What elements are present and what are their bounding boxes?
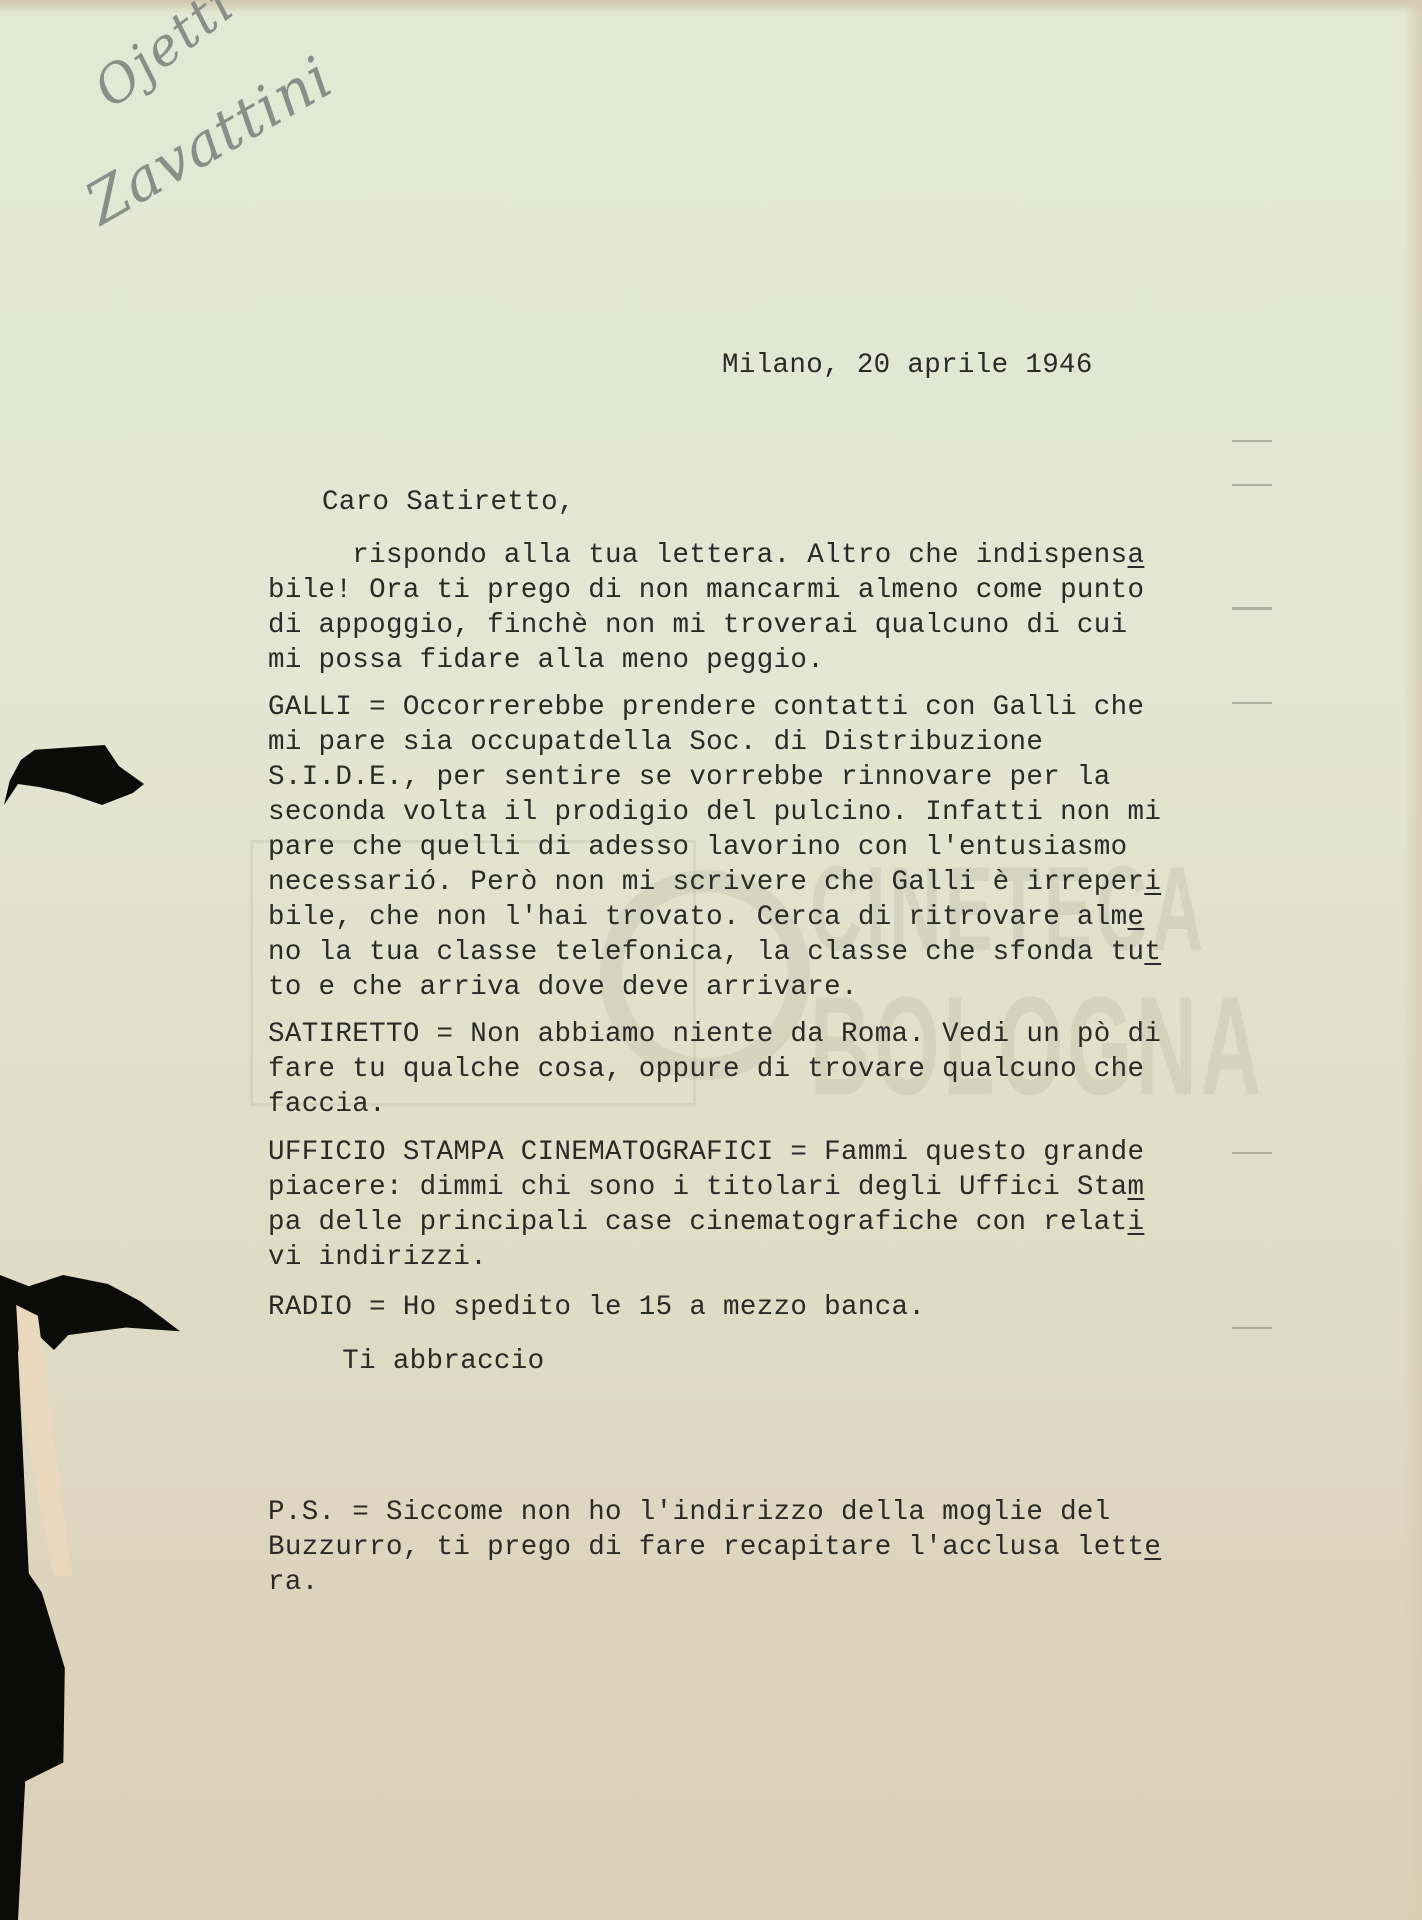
hyphenation-underline: m — [1128, 1172, 1145, 1203]
typed-line: Ti abbraccio — [258, 1344, 545, 1379]
closing-line: Ti abbraccio — [258, 1344, 545, 1379]
hyphenation-underline: e — [1144, 1532, 1161, 1563]
text-segment: SATIRETTO = Non abbiamo niente da Roma. … — [268, 1019, 1161, 1050]
text-segment: fare tu qualche cosa, oppure di trovare … — [268, 1054, 1144, 1085]
text-segment: mi possa fidare alla meno peggio. — [268, 645, 824, 676]
text-segment: piacere: dimmi chi sono i titolari degli… — [268, 1172, 1128, 1203]
typed-line: Buzzurro, ti prego di fare recapitare l'… — [268, 1530, 1161, 1565]
typed-line: piacere: dimmi chi sono i titolari degli… — [268, 1170, 1144, 1205]
typed-line: mi possa fidare alla meno peggio. — [268, 643, 1144, 678]
typed-line: RADIO = Ho spedito le 15 a mezzo banca. — [268, 1290, 925, 1325]
margin-mark — [1232, 484, 1272, 486]
hyphenation-underline: e — [1128, 902, 1145, 933]
typed-line: vi indirizzi. — [268, 1240, 1144, 1275]
paragraph-radio: RADIO = Ho spedito le 15 a mezzo banca. — [268, 1290, 925, 1325]
hyphenation-underline: a — [1128, 540, 1145, 571]
postscript: P.S. = Siccome non ho l'indirizzo della … — [268, 1495, 1161, 1600]
typed-line: seconda volta il prodigio del pulcino. I… — [268, 795, 1161, 830]
text-segment: Ti abbraccio — [258, 1346, 545, 1377]
typed-line: to e che arriva dove deve arrivare. — [268, 970, 1161, 1005]
typed-line: mi pare sia occupatdella Soc. di Distrib… — [268, 725, 1161, 760]
margin-mark — [1232, 1152, 1272, 1154]
typed-line: ra. — [268, 1565, 1161, 1600]
paragraph-intro: rispondo alla tua lettera. Altro che ind… — [268, 538, 1144, 678]
typed-line: bile, che non l'hai trovato. Cerca di ri… — [268, 900, 1161, 935]
typed-line: pare che quelli di adesso lavorino con l… — [268, 830, 1161, 865]
typed-line: bile! Ora ti prego di non mancarmi almen… — [268, 573, 1144, 608]
typed-line: UFFICIO STAMPA CINEMATOGRAFICI = Fammi q… — [268, 1135, 1144, 1170]
typed-line: rispondo alla tua lettera. Altro che ind… — [268, 538, 1144, 573]
margin-mark — [1232, 440, 1272, 442]
text-segment: S.I.D.E., per sentire se vorrebbe rinnov… — [268, 762, 1111, 793]
letter-page: Ojetti Zavattini CINETECA BOLOGNA Milano… — [0, 0, 1422, 1920]
text-segment: GALLI = Occorrerebbe prendere contatti c… — [268, 692, 1144, 723]
typed-line: di appoggio, finchè non mi troverai qual… — [268, 608, 1144, 643]
text-segment: ra. — [268, 1567, 319, 1598]
hyphenation-underline: t — [1144, 937, 1161, 968]
typed-line: GALLI = Occorrerebbe prendere contatti c… — [268, 690, 1161, 725]
paragraph-galli: GALLI = Occorrerebbe prendere contatti c… — [268, 690, 1161, 1005]
text-segment: P.S. = Siccome non ho l'indirizzo della … — [268, 1497, 1111, 1528]
text-segment: pare che quelli di adesso lavorino con l… — [268, 832, 1128, 863]
date-line: Milano, 20 aprile 1946 — [722, 350, 1093, 381]
typed-line: P.S. = Siccome non ho l'indirizzo della … — [268, 1495, 1161, 1530]
paragraph-satiretto: SATIRETTO = Non abbiamo niente da Roma. … — [268, 1017, 1161, 1122]
text-segment: RADIO = Ho spedito le 15 a mezzo banca. — [268, 1292, 925, 1323]
text-segment: vi indirizzi. — [268, 1242, 487, 1273]
text-segment: bile! Ora ti prego di non mancarmi almen… — [268, 575, 1144, 606]
ink-blot — [4, 745, 144, 805]
text-segment: di appoggio, finchè non mi troverai qual… — [268, 610, 1128, 641]
text-segment: UFFICIO STAMPA CINEMATOGRAFICI = Fammi q… — [268, 1137, 1144, 1168]
typed-line: fare tu qualche cosa, oppure di trovare … — [268, 1052, 1161, 1087]
margin-mark — [1232, 607, 1272, 610]
text-segment: pa delle principali case cinematografich… — [268, 1207, 1128, 1238]
typed-line: SATIRETTO = Non abbiamo niente da Roma. … — [268, 1017, 1161, 1052]
typed-line: faccia. — [268, 1087, 1161, 1122]
hyphenation-underline: i — [1128, 1207, 1145, 1238]
hyphenation-underline: i — [1144, 867, 1161, 898]
salutation: Caro Satiretto, — [322, 487, 575, 518]
text-segment: seconda volta il prodigio del pulcino. I… — [268, 797, 1161, 828]
typed-line: pa delle principali case cinematografich… — [268, 1205, 1144, 1240]
margin-mark — [1232, 1327, 1272, 1329]
typed-line: S.I.D.E., per sentire se vorrebbe rinnov… — [268, 760, 1161, 795]
text-segment: no la tua classe telefonica, la classe c… — [268, 937, 1144, 968]
text-segment: bile, che non l'hai trovato. Cerca di ri… — [268, 902, 1128, 933]
text-segment: Buzzurro, ti prego di fare recapitare l'… — [268, 1532, 1144, 1563]
text-segment: mi pare sia occupatdella Soc. di Distrib… — [268, 727, 1043, 758]
paragraph-ufficio-stampa: UFFICIO STAMPA CINEMATOGRAFICI = Fammi q… — [268, 1135, 1144, 1275]
typed-line: no la tua classe telefonica, la classe c… — [268, 935, 1161, 970]
text-segment: faccia. — [268, 1089, 386, 1120]
text-segment: rispondo alla tua lettera. Altro che ind… — [268, 540, 1128, 571]
text-segment: necessarió. Però non mi scrivere che Gal… — [268, 867, 1144, 898]
typed-line: necessarió. Però non mi scrivere che Gal… — [268, 865, 1161, 900]
margin-mark — [1232, 702, 1272, 704]
text-segment: to e che arriva dove deve arrivare. — [268, 972, 858, 1003]
handwritten-annotation: Ojetti Zavattini — [80, 20, 400, 250]
